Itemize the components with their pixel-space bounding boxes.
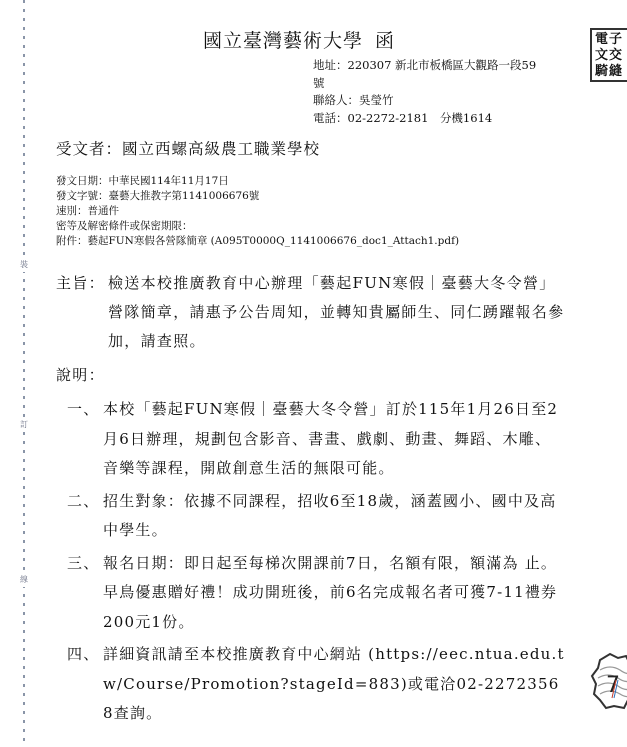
binding-mark-zhuang: 裝	[18, 258, 30, 272]
binding-margin-line	[23, 0, 25, 747]
description-item: 三、 報名日期：即日起至每梯次開課前7日，名額有限，額滿為 止。 早鳥優惠贈好禮…	[67, 549, 567, 638]
contact-block: 地址：220307 新北市板橋區大觀路一段59 號 聯絡人：吳瑩竹 電話：02-…	[313, 57, 575, 127]
recipient: 受文者：國立西螺高級農工職業學校	[56, 137, 320, 159]
address-line-2: 號	[313, 75, 575, 93]
seal-stamp-icon: 7	[590, 650, 627, 712]
item-text: 招生對象：依據不同課程，招收6至18歲，涵蓋國小、國中及高中學生。	[103, 487, 567, 546]
address-line-1: 地址：220307 新北市板橋區大觀路一段59	[313, 57, 575, 75]
description-item: 一、 本校「藝起FUN寒假｜臺藝大冬令營」訂於115年1月26日至2月6日辦理，…	[67, 395, 567, 484]
item-text: 報名日期：即日起至每梯次開課前7日，名額有限，額滿為 止。 早鳥優惠贈好禮！成功…	[103, 549, 567, 638]
stamp-line-3: 騎縫	[595, 64, 627, 80]
org-name: 國立臺灣藝術大學	[203, 30, 363, 52]
item-number: 四、	[67, 640, 99, 670]
attachment-link[interactable]: 附件：藝起FUN寒假各營隊簡章 (A095T0000Q_1141006676_d…	[56, 234, 459, 249]
doc-type: 函	[375, 30, 395, 52]
doc-number: 發文字號：臺藝大推教字第1141006676號	[56, 189, 459, 204]
document-title: 國立臺灣藝術大學函	[203, 26, 395, 53]
phone: 電話：02-2272-2181 分機1614	[313, 110, 575, 128]
item-number: 一、	[67, 395, 99, 425]
item-number: 三、	[67, 549, 99, 579]
stamp-line-1: 電子	[595, 32, 627, 48]
item-number: 二、	[67, 487, 99, 517]
subject-text: 檢送本校推廣教育中心辦理「藝起FUN寒假｜臺藝大冬令營」營隊簡章，請惠予公告周知…	[56, 269, 566, 356]
subject-label: 主旨：	[56, 269, 105, 298]
subject-section: 主旨： 檢送本校推廣教育中心辦理「藝起FUN寒假｜臺藝大冬令營」營隊簡章，請惠予…	[56, 269, 566, 356]
issue-date: 發文日期：中華民國114年11月17日	[56, 174, 459, 189]
stamp-line-2: 文交	[595, 48, 627, 64]
document-meta: 發文日期：中華民國114年11月17日 發文字號：臺藝大推教字第11410066…	[56, 174, 459, 249]
description-item: 四、 詳細資訊請至本校推廣教育中心網站 (https://eec.ntua.ed…	[67, 640, 567, 729]
item-text: 本校「藝起FUN寒假｜臺藝大冬令營」訂於115年1月26日至2月6日辦理，規劃包…	[103, 395, 567, 484]
speed-class: 速別：普通件	[56, 204, 459, 219]
binding-mark-xian: 線	[18, 573, 30, 587]
binding-mark-ding: 訂	[18, 418, 30, 432]
classification: 密等及解密條件或保密期限：	[56, 219, 459, 234]
description-list: 一、 本校「藝起FUN寒假｜臺藝大冬令營」訂於115年1月26日至2月6日辦理，…	[67, 395, 567, 732]
item-text-with-link[interactable]: 詳細資訊請至本校推廣教育中心網站 (https://eec.ntua.edu.t…	[103, 640, 567, 729]
contact-person: 聯絡人：吳瑩竹	[313, 92, 575, 110]
electronic-exchange-stamp: 電子 文交 騎縫	[590, 28, 627, 82]
description-item: 二、 招生對象：依據不同課程，招收6至18歲，涵蓋國小、國中及高中學生。	[67, 487, 567, 546]
description-label: 說明：	[56, 364, 105, 385]
